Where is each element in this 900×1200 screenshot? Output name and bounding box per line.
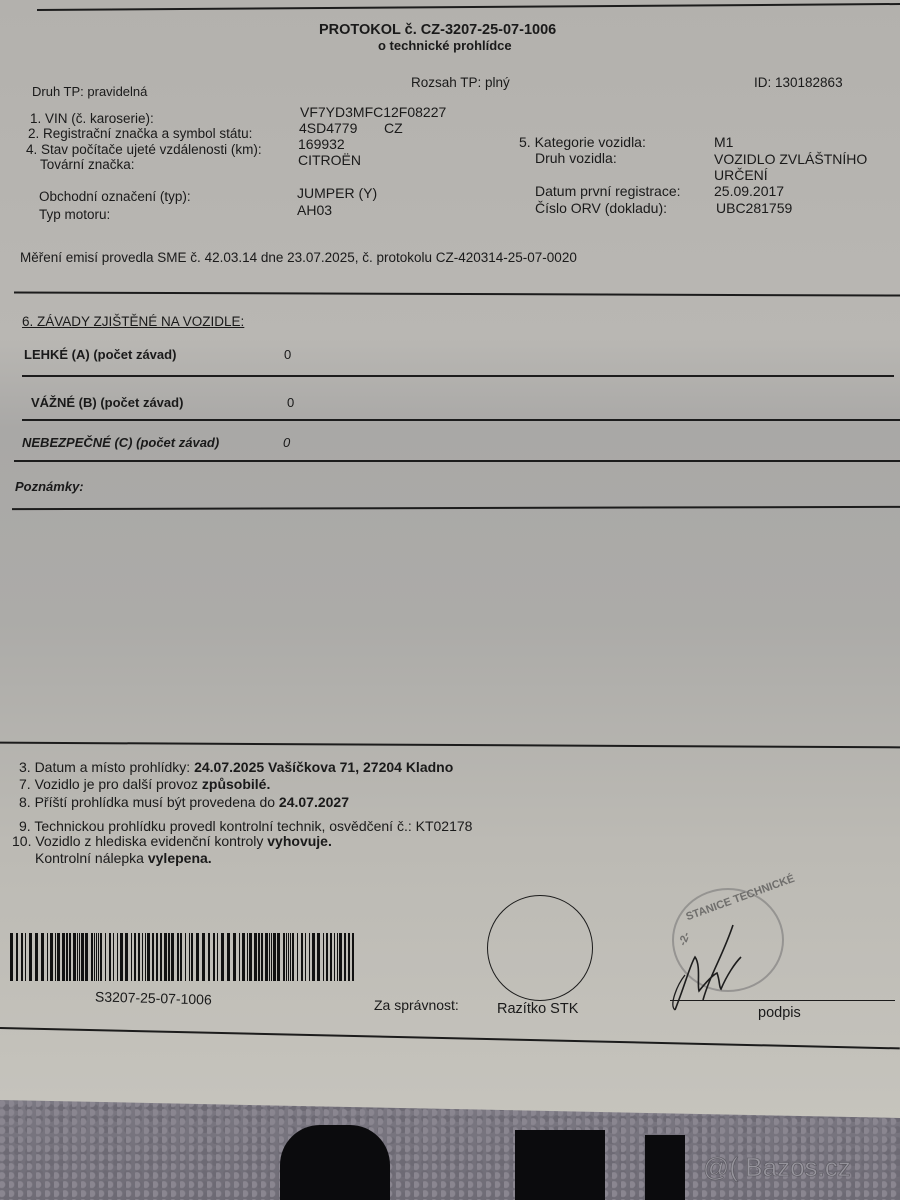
next-inspection-label: 8. Příští prohlídka musí být provedena d… [19, 794, 279, 810]
category-label: 5. Kategorie vozidla: [519, 134, 646, 150]
orv-value: UBC281759 [716, 200, 792, 216]
stamp-placeholder-circle [487, 895, 593, 1001]
shoe [280, 1125, 390, 1200]
first-registration-value: 25.09.2017 [714, 183, 784, 199]
vehicle-kind-value-2: URČENÍ [714, 167, 768, 183]
defect-serious-count: 0 [287, 395, 294, 411]
divider [0, 1027, 900, 1049]
registration-check-value: vyhovuje. [267, 833, 332, 849]
orv-label: Číslo ORV (dokladu): [535, 200, 667, 216]
defect-serious-label: VÁŽNÉ (B) (počet závad) [31, 395, 183, 411]
document-id: ID: 130182863 [754, 75, 843, 91]
engine-value: AH03 [297, 202, 332, 218]
barcode-text: S3207-25-07-1006 [95, 988, 212, 1007]
barcode [10, 933, 355, 981]
odometer-label: 4. Stav počítače ujeté vzdálenosti (km): [26, 142, 262, 158]
inspection-date-place: 3. Datum a místo prohlídky: 24.07.2025 V… [19, 759, 453, 775]
sticker-status-label: Kontrolní nálepka [35, 850, 148, 866]
shoe [645, 1135, 685, 1200]
defect-light-label: LEHKÉ (A) (počet závad) [24, 347, 176, 363]
odometer-value: 169932 [298, 136, 345, 152]
za-spravnost-label: Za správnost: [374, 997, 459, 1013]
country-symbol: CZ [384, 120, 403, 136]
document-title: PROTOKOL č. CZ-3207-25-07-1006 [319, 22, 556, 38]
divider [22, 375, 894, 377]
first-registration-label: Datum první registrace: [535, 183, 681, 199]
divider [37, 3, 900, 11]
inspection-protocol-document: PROTOKOL č. CZ-3207-25-07-1006 o technic… [0, 0, 900, 1128]
vin-label: 1. VIN (č. karoserie): [30, 111, 154, 127]
stamp-label: Razítko STK [497, 1001, 578, 1017]
vehicle-kind-value: VOZIDLO ZVLÁŠTNÍHO [714, 151, 867, 167]
inspection-date-label: 3. Datum a místo prohlídky: [19, 759, 194, 775]
shoe [515, 1130, 605, 1200]
model-label: Obchodní označení (typ): [39, 189, 191, 205]
roadworthiness: 7. Vozidlo je pro další provoz způsobilé… [19, 776, 270, 792]
registration-label: 2. Registrační značka a symbol státu: [28, 126, 252, 142]
sticker-status-value: vylepena. [148, 850, 212, 866]
inspection-scope: Rozsah TP: plný [411, 75, 510, 91]
defect-dangerous-count: 0 [283, 435, 290, 451]
make-value: CITROËN [298, 152, 361, 168]
notes-label: Poznámky: [15, 479, 84, 495]
inspection-date-value: 24.07.2025 Vašíčkova 71, 27204 Kladno [194, 759, 453, 775]
registration-check: 10. Vozidlo z hlediska evidenční kontrol… [12, 833, 332, 849]
divider [14, 291, 900, 296]
inspection-type: Druh TP: pravidelná [32, 84, 147, 100]
sticker-status: Kontrolní nálepka vylepena. [35, 850, 212, 866]
defect-dangerous-label: NEBEZPEČNÉ (C) (počet závad) [22, 435, 219, 451]
bazos-watermark: @( Bazos.cz [703, 1152, 851, 1183]
technician-certificate: 9. Technickou prohlídku provedl kontroln… [19, 818, 472, 834]
defects-heading: 6. ZÁVADY ZJIŠTĚNÉ NA VOZIDLE: [22, 314, 244, 330]
defect-light-count: 0 [284, 347, 291, 363]
document-subtitle: o technické prohlídce [378, 38, 512, 54]
signature-line [670, 1000, 895, 1001]
registration-check-label: 10. Vozidlo z hlediska evidenční kontrol… [12, 833, 267, 849]
roadworthiness-label: 7. Vozidlo je pro další provoz [19, 776, 202, 792]
make-label: Tovární značka: [40, 157, 135, 173]
vehicle-kind-label: Druh vozidla: [535, 150, 617, 166]
divider [0, 742, 900, 748]
next-inspection: 8. Příští prohlídka musí být provedena d… [19, 794, 349, 810]
model-value: JUMPER (Y) [297, 185, 377, 201]
engine-label: Typ motoru: [39, 207, 110, 223]
vin-value: VF7YD3MFC12F08227 [300, 104, 446, 120]
next-inspection-value: 24.07.2027 [279, 794, 349, 810]
divider [14, 460, 900, 462]
signature-label: podpis [758, 1005, 801, 1021]
registration-value: 4SD4779 [299, 120, 357, 136]
category-value: M1 [714, 134, 733, 150]
divider [22, 419, 900, 421]
roadworthiness-value: způsobilé. [202, 776, 270, 792]
divider [12, 506, 900, 510]
emissions-note: Měření emisí provedla SME č. 42.03.14 dn… [20, 250, 577, 266]
